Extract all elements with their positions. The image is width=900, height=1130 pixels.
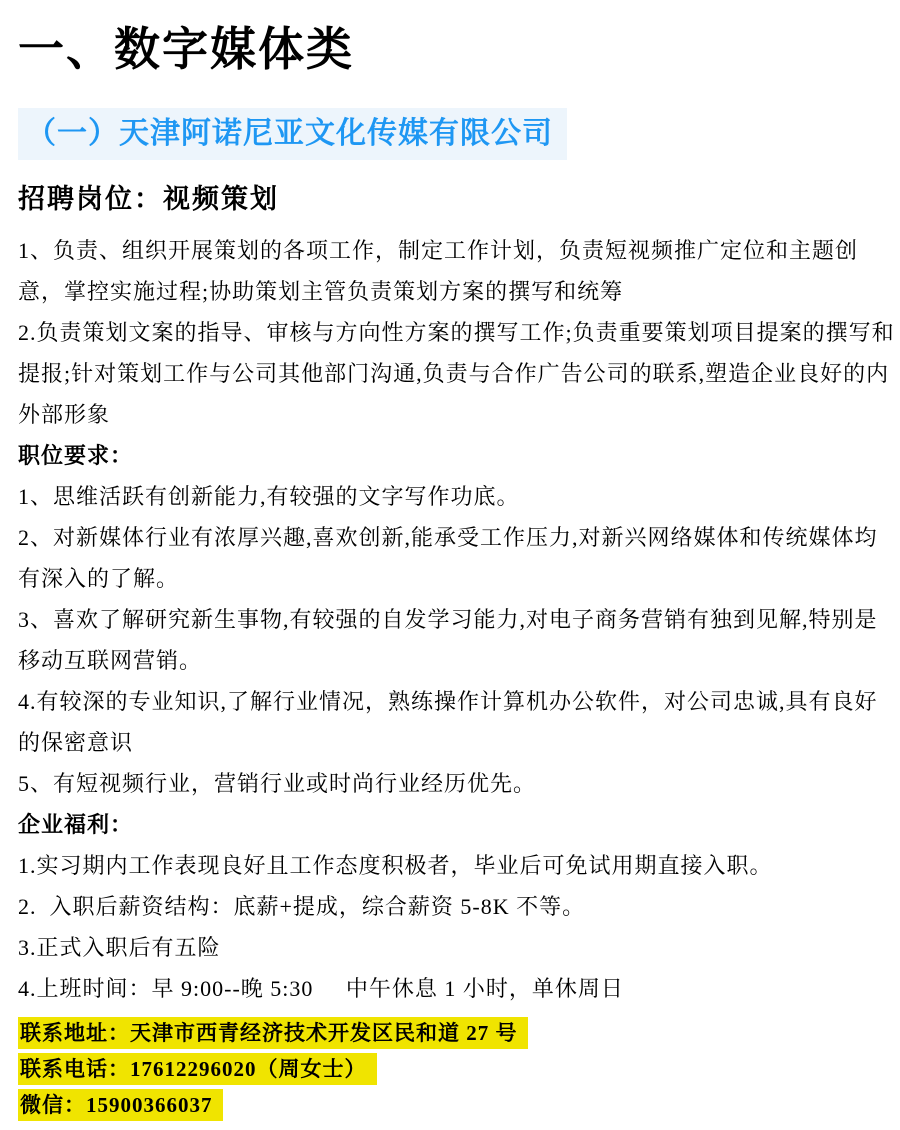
- contact-phone-highlight: 联系电话：17612296020（周女士）: [18, 1053, 377, 1085]
- contact-phone-line: 联系电话：17612296020（周女士）: [18, 1051, 895, 1087]
- company-heading-row: （一）天津阿诺尼亚文化传媒有限公司: [18, 108, 895, 160]
- section-title: 一、数字媒体类: [18, 20, 895, 78]
- benefit-item-3: 3.正式入职后有五险: [18, 927, 895, 968]
- duty-paragraph-1: 1、负责、组织开展策划的各项工作，制定工作计划，负责短视频推广定位和主题创意，掌…: [18, 230, 895, 312]
- requirements-label: 职位要求：: [18, 435, 895, 476]
- benefit-item-2: 2. 入职后薪资结构：底薪+提成，综合薪资 5-8K 不等。: [18, 886, 895, 927]
- company-heading: （一）天津阿诺尼亚文化传媒有限公司: [18, 108, 567, 160]
- contact-address-line: 联系地址：天津市西青经济技术开发区民和道 27 号: [18, 1015, 895, 1051]
- benefit-item-1: 1.实习期内工作表现良好且工作态度积极者，毕业后可免试用期直接入职。: [18, 845, 895, 886]
- requirement-item-3: 3、喜欢了解研究新生事物,有较强的自发学习能力,对电子商务营销有独到见解,特别是…: [18, 599, 895, 681]
- contact-block: 联系地址：天津市西青经济技术开发区民和道 27 号 联系电话：176122960…: [18, 1015, 895, 1123]
- job-description: 1、负责、组织开展策划的各项工作，制定工作计划，负责短视频推广定位和主题创意，掌…: [18, 230, 895, 1009]
- benefit-item-4: 4.上班时间：早 9:00--晚 5:30 中午休息 1 小时，单休周日: [18, 968, 895, 1009]
- position-title: 招聘岗位：视频策划: [18, 182, 895, 216]
- requirement-item-5: 5、有短视频行业，营销行业或时尚行业经历优先。: [18, 763, 895, 804]
- requirement-item-4: 4.有较深的专业知识,了解行业情况，熟练操作计算机办公软件，对公司忠诚,具有良好…: [18, 681, 895, 763]
- requirement-item-1: 1、思维活跃有创新能力,有较强的文字写作功底。: [18, 476, 895, 517]
- contact-wechat-line: 微信：15900366037: [18, 1087, 895, 1123]
- benefits-label: 企业福利：: [18, 804, 895, 845]
- requirement-item-2: 2、对新媒体行业有浓厚兴趣,喜欢创新,能承受工作压力,对新兴网络媒体和传统媒体均…: [18, 517, 895, 599]
- duty-paragraph-2: 2.负责策划文案的指导、审核与方向性方案的撰写工作;负责重要策划项目提案的撰写和…: [18, 312, 895, 435]
- contact-wechat-highlight: 微信：15900366037: [18, 1089, 223, 1121]
- document-page: 一、数字媒体类 （一）天津阿诺尼亚文化传媒有限公司 招聘岗位：视频策划 1、负责…: [0, 0, 900, 1123]
- contact-address-highlight: 联系地址：天津市西青经济技术开发区民和道 27 号: [18, 1017, 528, 1049]
